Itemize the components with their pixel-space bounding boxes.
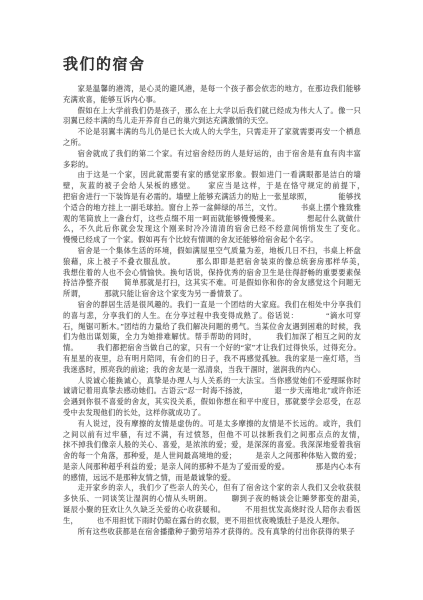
paragraph: 宿舍就成了我们的第二个家。有过宿舍经历的人是好运的，由于宿舍是有血有肉丰富多彩的… (63, 149, 361, 171)
page-title: 我们的宿舍 (63, 53, 361, 74)
paragraph: 所有这些收获都是在宿舍播撒种子勤劳培养才获得的。没有真挚的付出你获得的果子 (63, 527, 361, 538)
paragraph: 走开家乡的亲人，我们少了些亲人的关心，但有了宿舍这个家的亲人我们又会收获很多快乐… (63, 483, 361, 526)
paragraph: 假如在上大学前我们仍是孩子，那么在上大学以后我们就已经成为伟大人了。像一只羽翼已… (63, 106, 361, 128)
paragraph: 家是温馨的港湾，是心灵的避风港，是每一个孩子都会依恋的地方，在那边我们能够充满欢… (63, 84, 361, 106)
paragraph: 有人说过，没有摩擦的友情是虚伪的。可是太多摩擦的友情是不长远的。或许，我们之间以… (63, 419, 361, 484)
paragraph: 宿舍是一个集体生活的环境，假如满屋里空气质量为差，地板几日不扫，书桌上杯盘狼藉，… (63, 246, 361, 300)
paragraph: 不论是羽翼丰满的鸟儿仍是已长大成人的大学生，只需走开了家就需要再安一个栖息之所。 (63, 127, 361, 149)
document-page: 我们的宿舍 家是温馨的港湾，是心灵的避风港，是每一个孩子都会依恋的地方，在那边我… (0, 0, 423, 600)
paragraph: 由于这是一个家，因此就需要有家的感觉家形象。假如进门一看满眼都是洁白的墙壁，灰蓝… (63, 170, 361, 246)
paragraph: 宿舍的群居生活是很风趣的。我们一直是一个团结的大家庭。我们在相处中分享我们的喜与… (63, 300, 361, 376)
document-body: 家是温馨的港湾，是心灵的避风港，是每一个孩子都会依恋的地方，在那边我们能够充满欢… (63, 84, 361, 537)
paragraph: 人说诚心能换诚心，真挚是办理人与人关系的一大法宝。当你感觉她们不爱理睬你时诚请记… (63, 376, 361, 419)
